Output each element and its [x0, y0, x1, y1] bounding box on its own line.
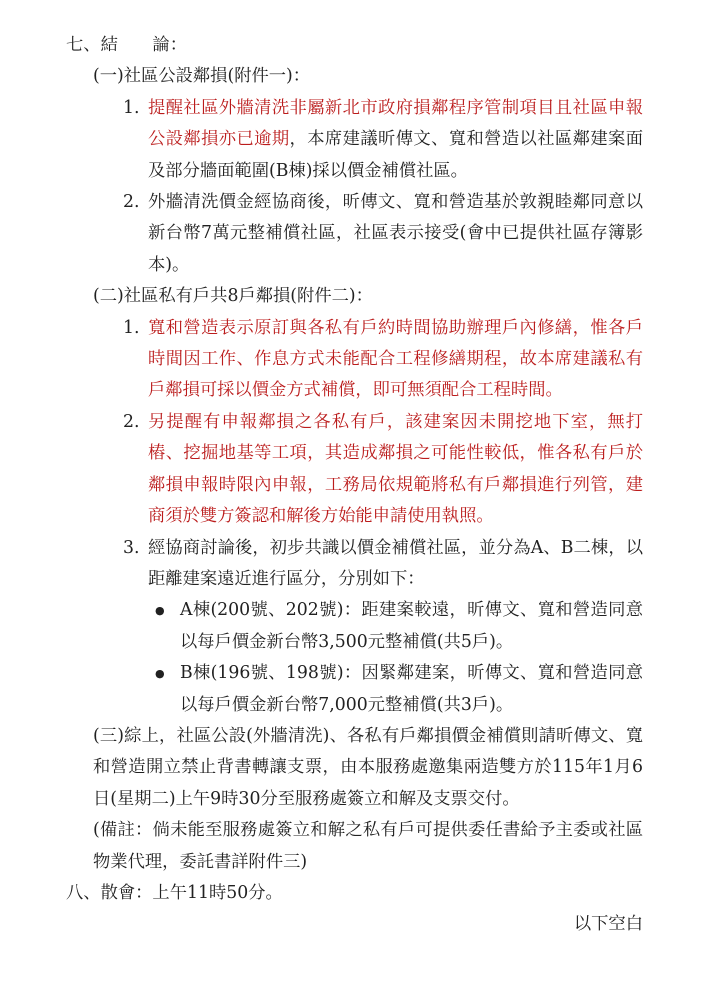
- item-7-1-text: 社區公設鄰損(附件一)：: [124, 66, 310, 86]
- item-7-1-sub-1-text: 提醒社區外牆清洗非屬新北市政府損鄰程序管制項目且社區申報公設鄰損亦已逾期，本席建…: [148, 93, 643, 187]
- meeting-minutes-conclusion: 七、結 論： (一)社區公設鄰損(附件一)： 1. 提醒社區外牆清洗非屬新北市政…: [0, 0, 707, 941]
- section-8-number: 八、: [66, 883, 101, 903]
- item-7-3-remark: (備註：倘未能至服務處簽立和解之私有戶可提供委任書給予主委或社區物業代理，委託書…: [93, 815, 643, 878]
- item-7-2-sub-1-number: 1.: [123, 313, 148, 407]
- item-7-1-marker: (一): [93, 66, 124, 86]
- item-7-2-sub-3-text: 經協商討論後，初步共識以價金補償社區，並分為A、B二棟，以距離建案遠近進行區分，…: [148, 533, 643, 596]
- section-7-number: 七、: [66, 35, 101, 55]
- item-7-3: (三)綜上，社區公設(外牆清洗)、各私有戶鄰損價金補償則請昕傳文、寬和營造開立禁…: [93, 721, 643, 815]
- item-7-2-marker: (二): [93, 286, 124, 306]
- item-7-3-marker: (三): [93, 726, 124, 746]
- bullet-item-building-b: ● B棟(196號、198號)：因緊鄰建案，昕傳文、寬和營造同意以每戶價金新台幣…: [155, 658, 643, 721]
- bullet-item-building-b-text: B棟(196號、198號)：因緊鄰建案，昕傳文、寬和營造同意以每戶價金新台幣7,…: [180, 658, 643, 721]
- item-7-1-heading: (一)社區公設鄰損(附件一)：: [93, 61, 643, 92]
- item-7-2-sub-2: 2. 另提醒有申報鄰損之各私有戶，該建案因未開挖地下室，無打樁、挖掘地基等工項，…: [123, 407, 643, 533]
- item-7-3-text: 綜上，社區公設(外牆清洗)、各私有戶鄰損價金補償則請昕傳文、寬和營造開立禁止背書…: [93, 726, 643, 809]
- item-7-2-sub-2-number: 2.: [123, 407, 148, 533]
- bullet-icon: ●: [155, 658, 180, 721]
- item-7-2-heading: (二)社區私有戶共8戶鄰損(附件二)：: [93, 281, 643, 312]
- item-7-2-sub-3-number: 3.: [123, 533, 148, 596]
- item-7-2-text: 社區私有戶共8戶鄰損(附件二)：: [124, 286, 373, 306]
- bullet-icon: ●: [155, 595, 180, 658]
- bullet-item-building-a: ● A棟(200號、202號)：距建案較遠，昕傳文、寬和營造同意以每戶價金新台幣…: [155, 595, 643, 658]
- section-8-text: 散會：上午11時50分。: [101, 883, 283, 903]
- bullet-item-building-a-text: A棟(200號、202號)：距建案較遠，昕傳文、寬和營造同意以每戶價金新台幣3,…: [180, 595, 643, 658]
- item-7-1-sub-2-number: 2.: [123, 187, 148, 281]
- section-8-adjournment: 八、散會：上午11時50分。: [66, 878, 643, 909]
- section-7-title: 結 論：: [101, 35, 187, 55]
- item-7-1-sub-1: 1. 提醒社區外牆清洗非屬新北市政府損鄰程序管制項目且社區申報公設鄰損亦已逾期，…: [123, 93, 643, 187]
- item-7-1-sub-2: 2. 外牆清洗價金經協商後，昕傳文、寬和營造基於敦親睦鄰同意以新台幣7萬元整補償…: [123, 187, 643, 281]
- document-page: 七、結 論： (一)社區公設鄰損(附件一)： 1. 提醒社區外牆清洗非屬新北市政…: [0, 0, 707, 1000]
- item-7-2-sub-2-text: 另提醒有申報鄰損之各私有戶，該建案因未開挖地下室，無打樁、挖掘地基等工項，其造成…: [148, 407, 643, 533]
- item-7-2-sub-1-text: 寬和營造表示原訂與各私有戶約時間協助辦理戶內修繕，惟各戶時間因工作、作息方式未能…: [148, 313, 643, 407]
- item-7-1-sub-1-number: 1.: [123, 93, 148, 187]
- item-7-2-sub-3: 3. 經協商討論後，初步共識以價金補償社區，並分為A、B二棟，以距離建案遠近進行…: [123, 533, 643, 596]
- item-7-3-remark-text: (備註：倘未能至服務處簽立和解之私有戶可提供委任書給予主委或社區物業代理，委託書…: [93, 820, 643, 871]
- item-7-2-sub-1: 1. 寬和營造表示原訂與各私有戶約時間協助辦理戶內修繕，惟各戶時間因工作、作息方…: [123, 313, 643, 407]
- item-7-1-sub-2-text: 外牆清洗價金經協商後，昕傳文、寬和營造基於敦親睦鄰同意以新台幣7萬元整補償社區，…: [148, 187, 643, 281]
- section-7-heading: 七、結 論：: [66, 30, 643, 61]
- blank-below-note: 以下空白: [66, 909, 643, 940]
